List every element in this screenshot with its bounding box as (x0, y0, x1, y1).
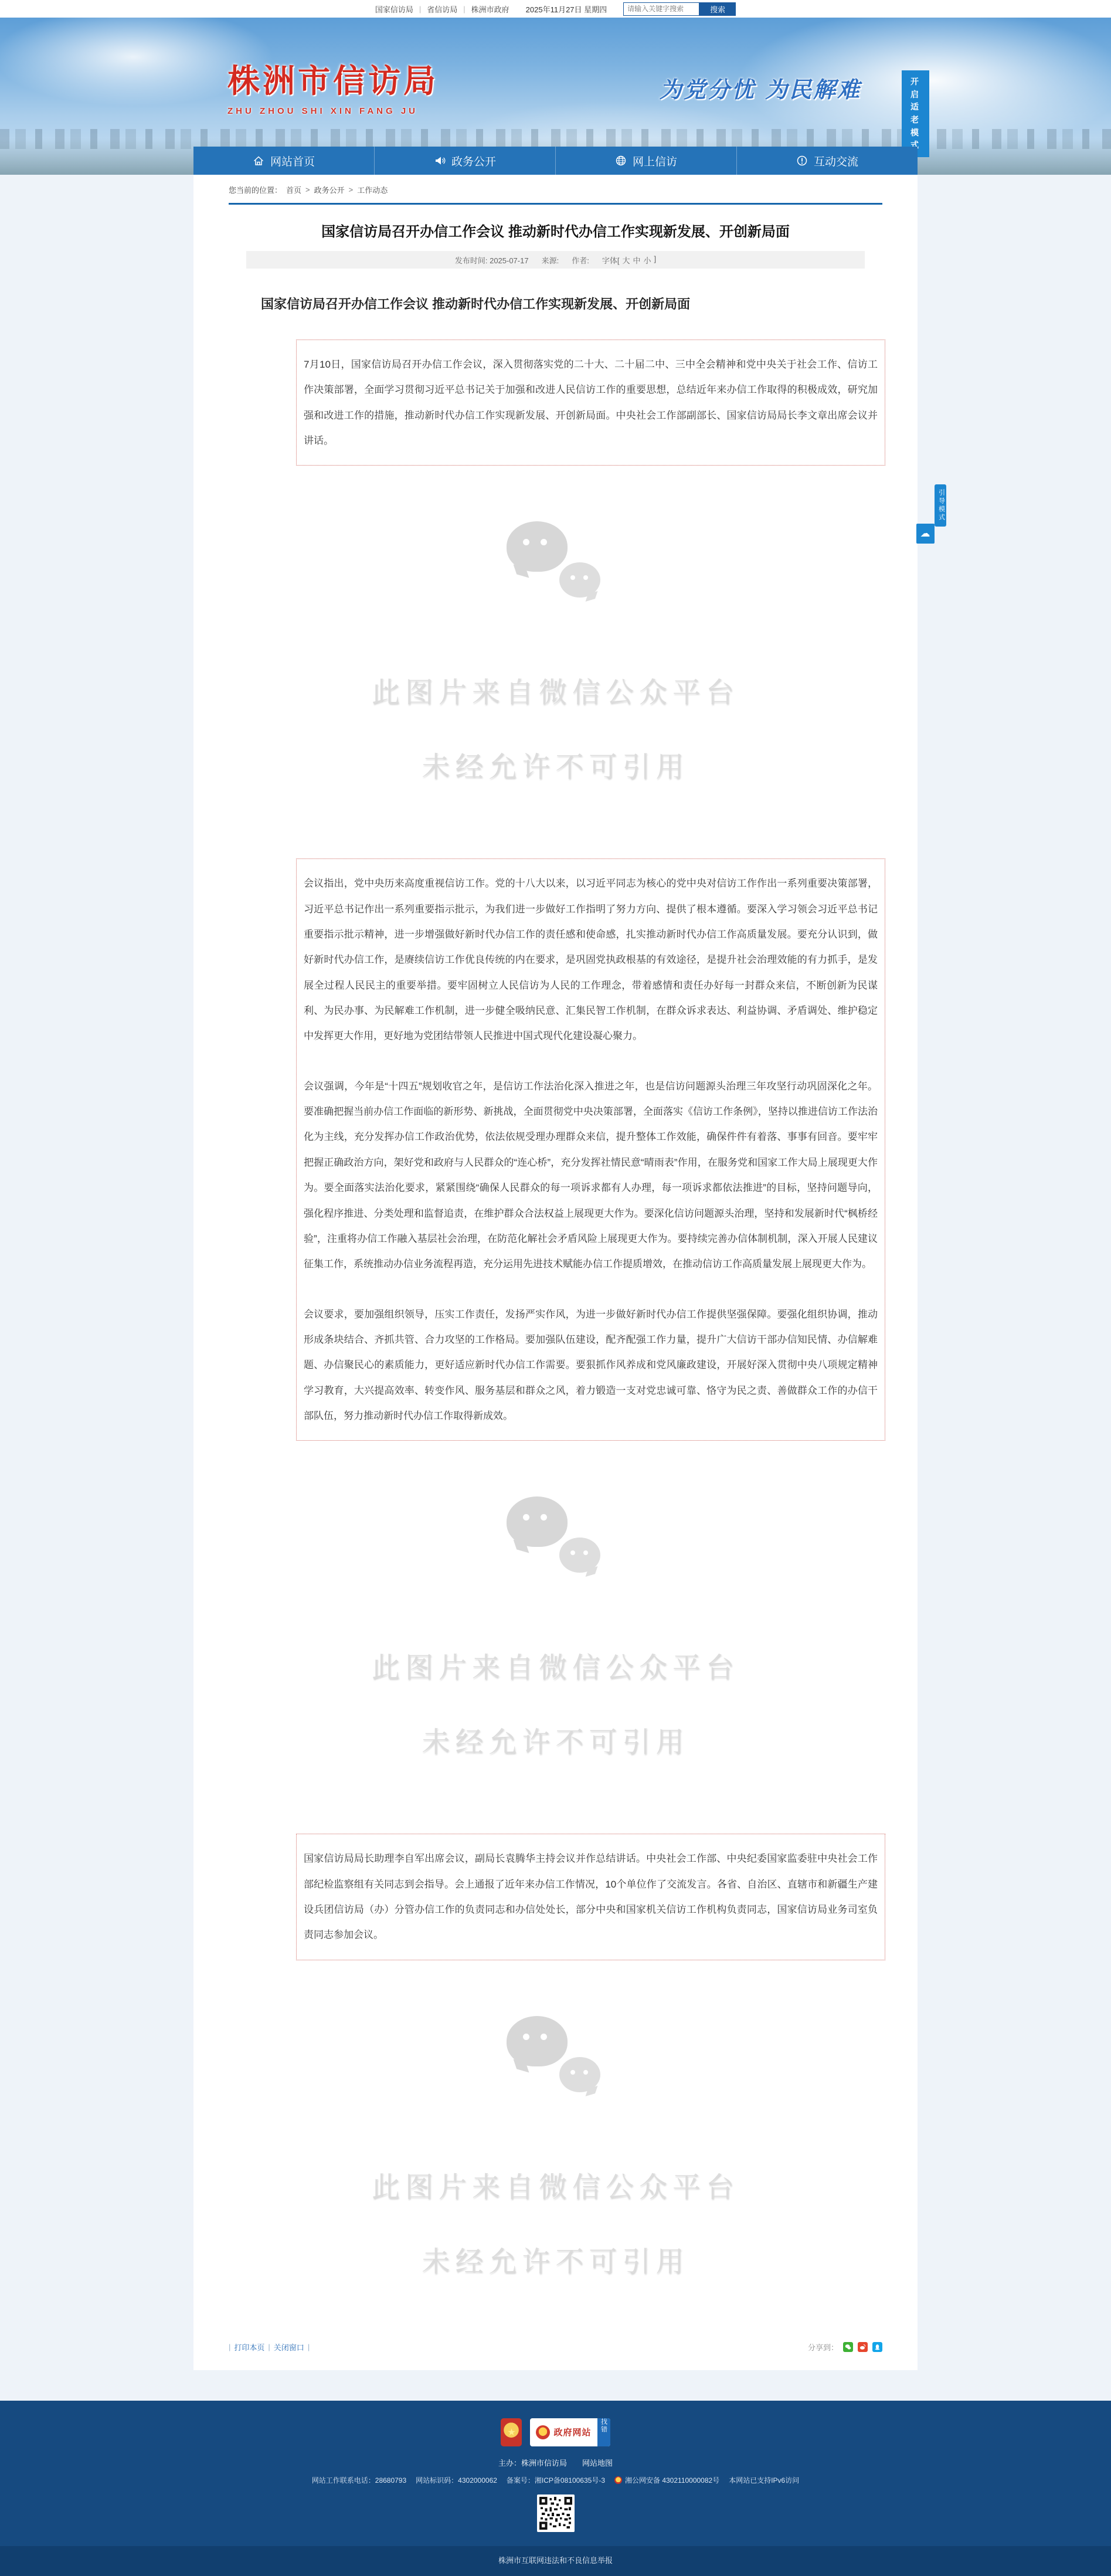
police-record-text: 湘公网安备 4302110000082号 (625, 2475, 719, 2485)
police-badge-icon (614, 2476, 622, 2484)
divider-rule (229, 203, 882, 205)
print-close-links: | 打印本页 | 关闭窗口 | (229, 2341, 310, 2353)
report-link[interactable]: 株洲市互联网违法和不良信息举报 (0, 2546, 1111, 2576)
nav-item-disclosure[interactable]: 政务公开 (374, 147, 555, 175)
footer-badges: ★ 政府网站 找错 (0, 2418, 1111, 2446)
nav-item-interaction[interactable]: 互动交流 (736, 147, 918, 175)
site-title: 株洲市信访局 (227, 55, 439, 101)
home-icon (253, 155, 264, 167)
wechat-notice-line1: 此图片来自微信公众平台 (372, 2164, 739, 2205)
link-national-xinfang[interactable]: 国家信访局 (375, 4, 413, 15)
gov-badge-main: 政府网站 (530, 2418, 597, 2446)
article-meta-bar: 发布时间: 2025-07-17 来源: 作者: 字体[ 大 中 小 ] (246, 251, 865, 269)
author-label: 作者: (572, 254, 589, 266)
font-size-switcher: 字体[ 大 中 小 ] (602, 254, 656, 266)
wechat-notice-line2: 未经允许不可引用 (422, 1719, 689, 1760)
link-zhuzhou-gov[interactable]: 株洲市政府 (471, 4, 509, 15)
breadcrumb-disclosure[interactable]: 政务公开 (314, 184, 345, 195)
banner-slogan: 为党分忧 为民解难 (660, 72, 861, 104)
close-button[interactable]: 关闭窗口 (274, 2341, 304, 2353)
nav-item-online-petition[interactable]: 网上信访 (555, 147, 736, 175)
top-utility-bar: 国家信访局 | 省信访局 | 株洲市政府 2025年11月27日 星期四 搜索 (0, 0, 1111, 18)
national-emblem-icon (536, 2425, 550, 2439)
ipv6-text: 本网站已支持IPv6访问 (729, 2475, 799, 2485)
nav-item-home[interactable]: 网站首页 (193, 147, 374, 175)
elder-mode-button[interactable]: 开启适老模式 (902, 70, 929, 157)
font-label: 字体[ (602, 254, 620, 266)
bar: | (308, 2343, 310, 2351)
article-footer-bar: | 打印本页 | 关闭窗口 | 分享到： (229, 2341, 882, 2353)
gov-badge-title: 政府网站 (553, 2426, 591, 2438)
article-paragraph: 7月10日，国家信访局召开办信工作会议，深入贯彻落实党的二十大、二十届二中、三中… (304, 352, 878, 453)
icp-link[interactable]: 备案号：湘ICP备08100635号-3 (507, 2475, 605, 2485)
floating-cloud-button[interactable]: ☁ (916, 524, 935, 544)
share-area: 分享到： (808, 2341, 882, 2353)
search-input[interactable] (623, 2, 699, 16)
star-icon: ★ (507, 2426, 515, 2438)
page: 国家信访局 | 省信访局 | 株洲市政府 2025年11月27日 星期四 搜索 … (0, 0, 1111, 2576)
font-size-small[interactable]: 小 (644, 254, 651, 266)
search-area: 搜索 (623, 2, 736, 16)
footer-contact-line: 网站工作联系电话：28680793 网站标识码：4302000062 备案号：湘… (0, 2475, 1111, 2485)
cloud-icon: ☁ (920, 528, 930, 539)
alert-icon (796, 155, 808, 167)
article-text-box: 7月10日，国家信访局召开办信工作会议，深入贯彻落实党的二十大、二十届二中、三中… (296, 340, 885, 466)
share-weibo-icon[interactable] (858, 2342, 868, 2352)
host-text: 主办：株洲市信访局 (498, 2457, 567, 2468)
megaphone-icon (434, 155, 446, 167)
gov-emblem-badge[interactable]: ★ (501, 2418, 522, 2446)
topbar-divider: | (463, 5, 465, 13)
publish-time: 发布时间: 2025-07-17 (455, 254, 529, 266)
site-title-pinyin: ZHU ZHOU SHI XIN FANG JU (227, 106, 439, 116)
wechat-image-placeholder: 此图片来自微信公众平台 未经允许不可引用 (193, 489, 918, 831)
topbar-divider: | (419, 5, 421, 13)
current-date: 2025年11月27日 星期四 (526, 4, 607, 15)
article-text-box: 会议指出，党中央历来高度重视信访工作。党的十八大以来，以习近平同志为核心的党中央… (296, 858, 885, 1441)
globe-icon (615, 155, 627, 167)
nav-item-label: 网站首页 (270, 153, 315, 169)
page-title: 国家信访局召开办信工作会议 推动新时代办信工作实现新发展、开创新局面 (223, 220, 888, 240)
share-label: 分享到： (808, 2341, 838, 2353)
link-province-xinfang[interactable]: 省信访局 (427, 4, 457, 15)
breadcrumb: 您当前的位置： 首页 > 政务公开 > 工作动态 (193, 175, 918, 201)
site-footer: ★ 政府网站 找错 主办：株洲市信访局 网站地图 网站工作联系电话：286807… (0, 2401, 1111, 2576)
source-label: 来源: (542, 254, 559, 266)
article-paragraph: 国家信访局局长助理李自军出席会议，副局长袁腾华主持会议并作总结讲话。中央社会工作… (304, 1846, 878, 1947)
sitemap-link[interactable]: 网站地图 (582, 2457, 613, 2468)
print-button[interactable]: 打印本页 (234, 2341, 264, 2353)
breadcrumb-prefix: 您当前的位置： (229, 184, 282, 195)
nav-item-label: 网上信访 (633, 153, 677, 169)
wechat-icon (503, 2016, 609, 2098)
contact-phone: 网站工作联系电话：28680793 (312, 2475, 406, 2485)
qr-code (537, 2494, 575, 2532)
article-paragraph: 会议要求，要加强组织领导，压实工作责任，发扬严实作风，为进一步做好新时代办信工作… (304, 1302, 878, 1429)
wechat-image-placeholder: 此图片来自微信公众平台 未经允许不可引用 (193, 1984, 918, 2326)
topbar-links: 国家信访局 | 省信访局 | 株洲市政府 (375, 4, 509, 15)
bar: | (229, 2343, 230, 2351)
wechat-notice-line1: 此图片来自微信公众平台 (372, 1645, 739, 1685)
font-size-large[interactable]: 大 (622, 254, 630, 266)
site-logo[interactable]: 株洲市信访局 ZHU ZHOU SHI XIN FANG JU (227, 55, 439, 116)
article-inner-title: 国家信访局召开办信工作会议 推动新时代办信工作实现新发展、开创新局面 (261, 294, 885, 313)
share-qq-icon[interactable] (872, 2342, 882, 2352)
wechat-notice-line2: 未经允许不可引用 (422, 2239, 689, 2279)
wechat-notice-line1: 此图片来自微信公众平台 (372, 670, 739, 710)
main-nav: 网站首页 政务公开 网上信访 互动交流 (193, 147, 918, 175)
font-label-end: ] (654, 254, 657, 266)
wechat-icon (503, 1496, 609, 1579)
find-error-tab[interactable]: 找错 (597, 2418, 610, 2446)
article-text-box: 国家信访局局长助理李自军出席会议，副局长袁腾华主持会议并作总结讲话。中央社会工作… (296, 1834, 885, 1960)
bar: | (268, 2343, 270, 2351)
police-record-link[interactable]: 湘公网安备 4302110000082号 (614, 2475, 719, 2485)
footer-host-line: 主办：株洲市信访局 网站地图 (0, 2457, 1111, 2468)
nav-item-label: 互动交流 (814, 153, 858, 169)
content-card: 您当前的位置： 首页 > 政务公开 > 工作动态 国家信访局召开办信工作会议 推… (193, 175, 918, 2370)
gov-site-error-badge[interactable]: 政府网站 找错 (530, 2418, 610, 2446)
search-button[interactable]: 搜索 (699, 2, 736, 16)
site-code: 网站标识码：4302000062 (416, 2475, 497, 2485)
floating-guide-tab[interactable]: 引导模式 (935, 484, 946, 527)
article-paragraph: 会议强调，今年是“十四五”规划收官之年，是信访工作法治化深入推进之年，也是信访问… (304, 1074, 878, 1277)
breadcrumb-home[interactable]: 首页 (286, 184, 301, 195)
wechat-notice-line2: 未经允许不可引用 (422, 744, 689, 785)
wechat-image-placeholder: 此图片来自微信公众平台 未经允许不可引用 (193, 1464, 918, 1807)
nav-item-label: 政务公开 (451, 153, 496, 169)
wechat-icon (503, 521, 609, 603)
breadcrumb-work-news[interactable]: 工作动态 (357, 184, 388, 195)
article-paragraph: 会议指出，党中央历来高度重视信访工作。党的十八大以来，以习近平同志为核心的党中央… (304, 871, 878, 1048)
breadcrumb-separator: > (349, 185, 354, 194)
share-wechat-icon[interactable] (843, 2342, 853, 2352)
font-size-medium[interactable]: 中 (633, 254, 640, 266)
breadcrumb-separator: > (305, 185, 310, 194)
